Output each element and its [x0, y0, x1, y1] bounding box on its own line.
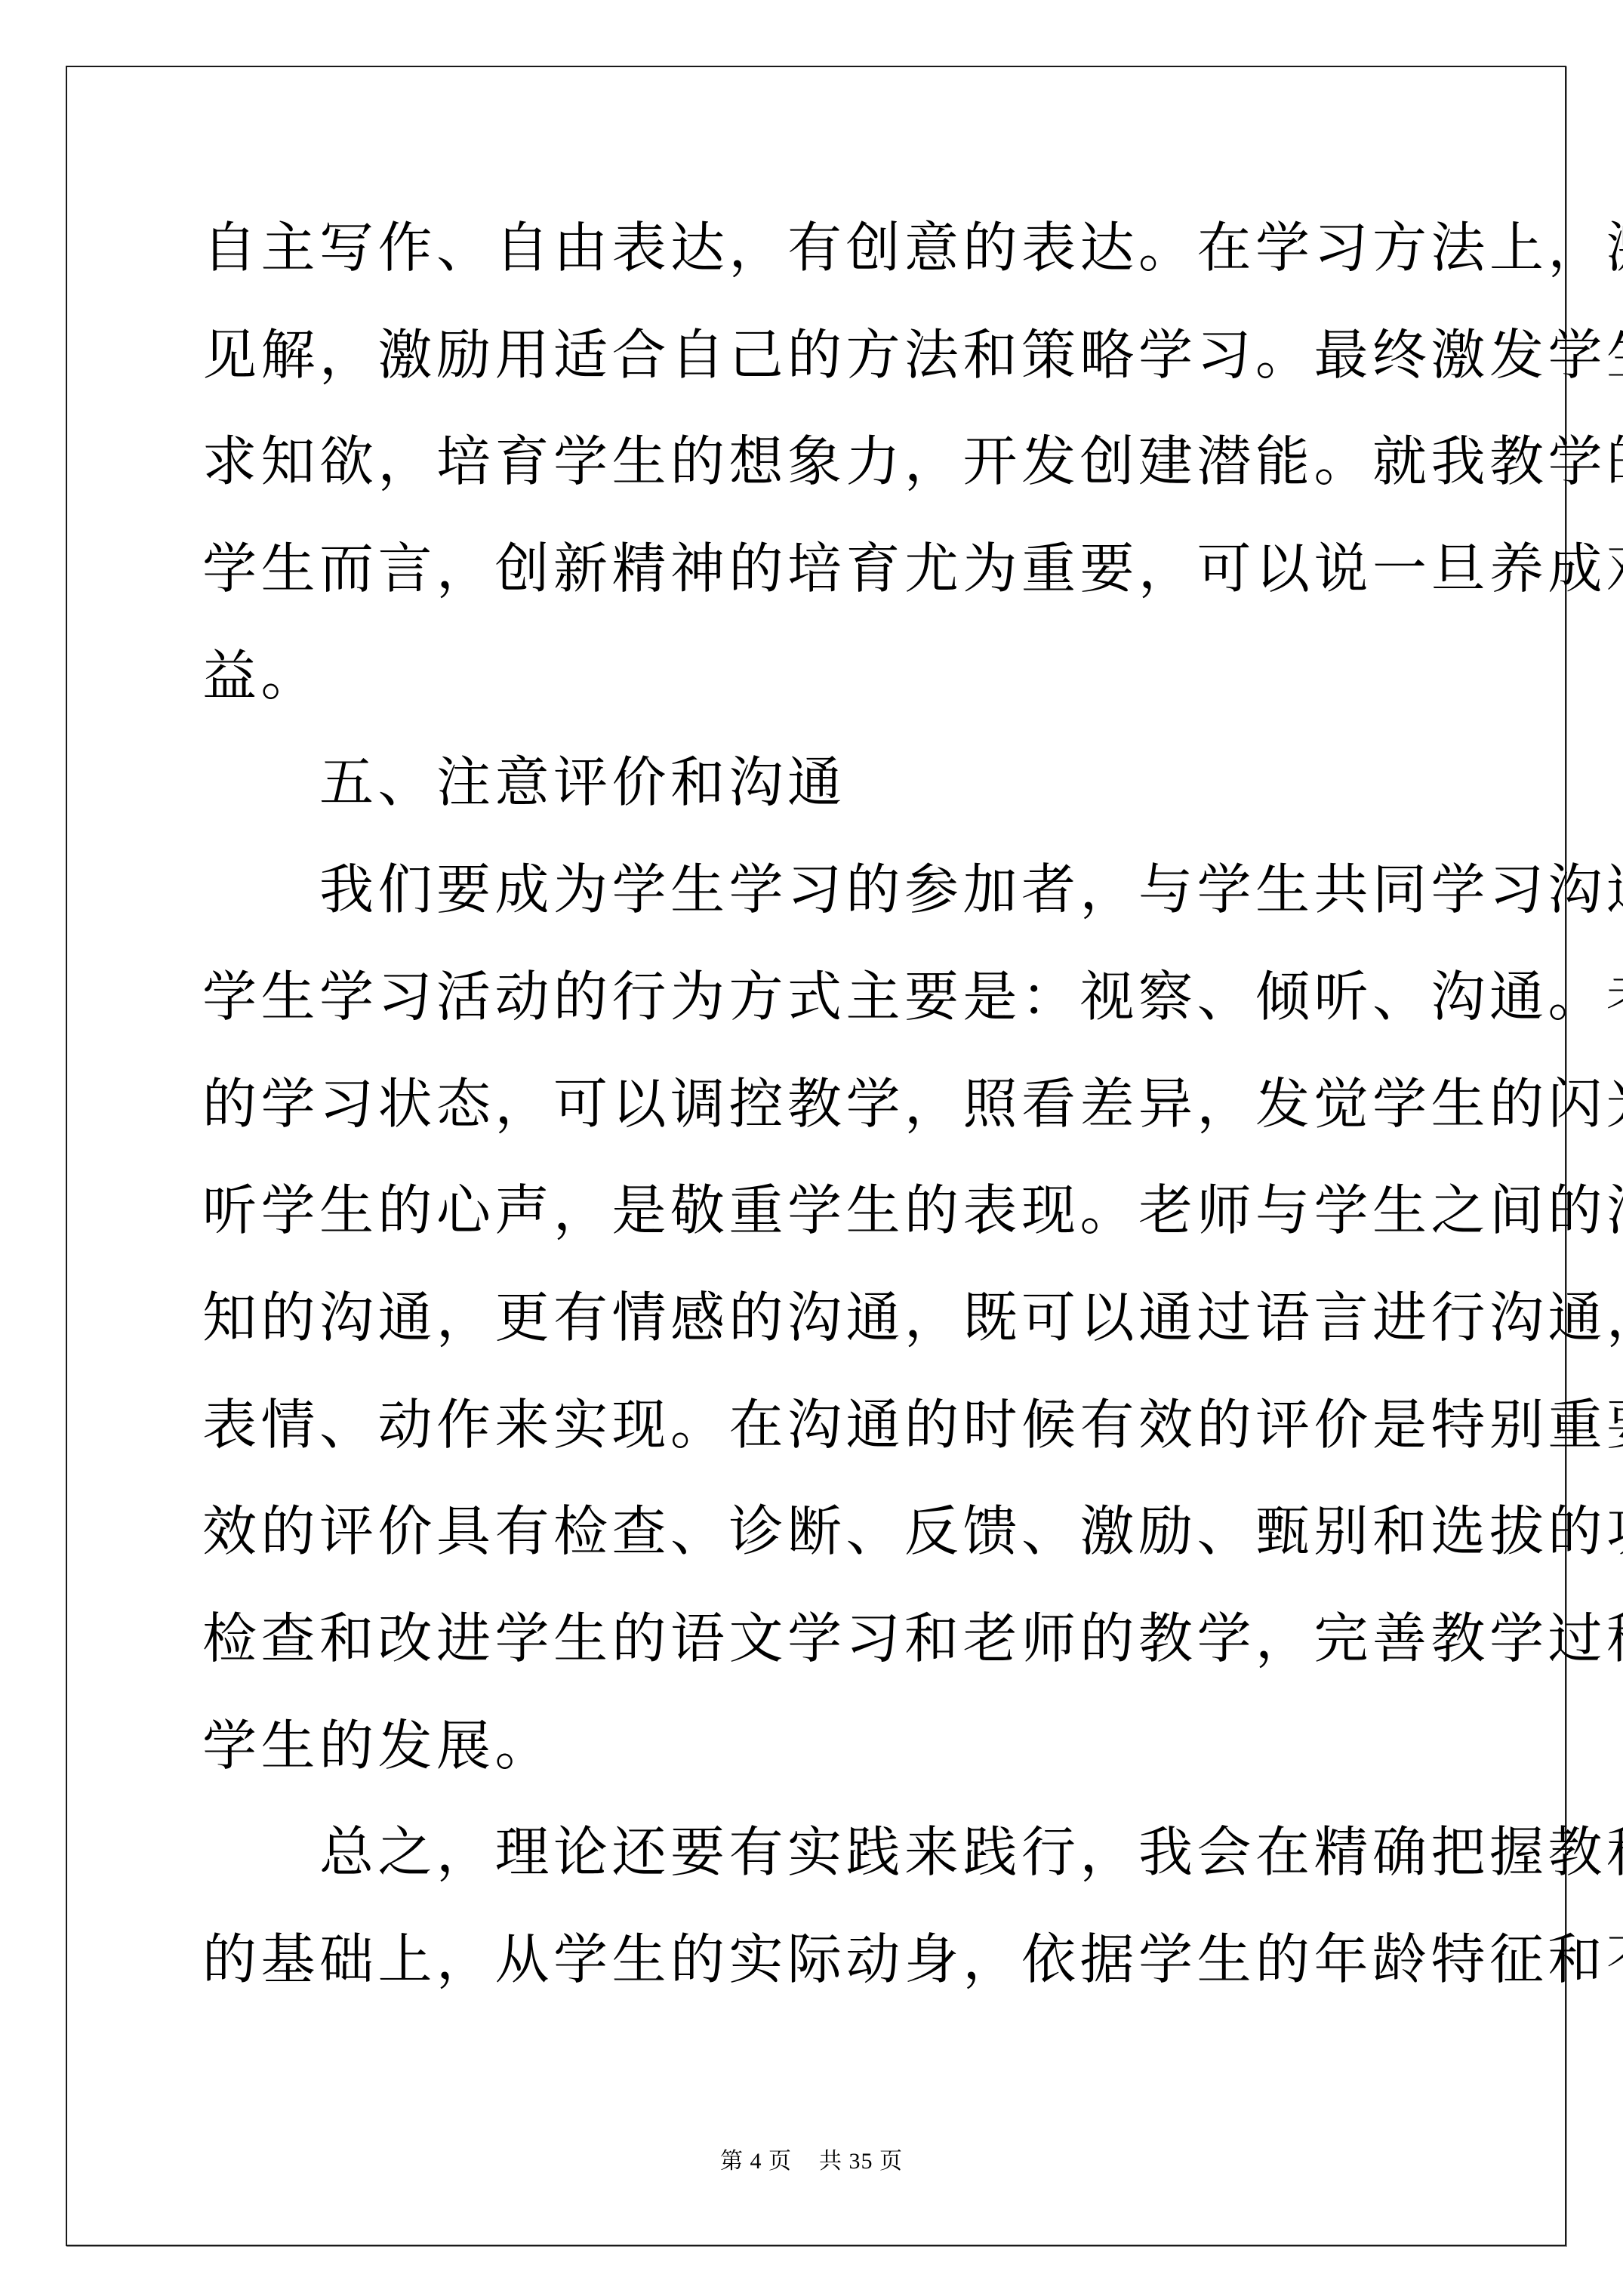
- text-line: 见解，激励用适合自己的方法和策略学习。最终激发学生的新奇心、: [202, 302, 1440, 409]
- text-line: 求知欲，培育学生的想象力，开发创建潜能。就我教学的第一学段的: [202, 408, 1440, 516]
- text-line: 益。: [202, 623, 1440, 730]
- text-line: 听学生的心声，是敬重学生的表现。老师与学生之间的沟通，既有认: [202, 1157, 1440, 1265]
- document-body: 自主写作、自由表达，有创意的表达。在学习方法上，激励有独到的 见解，激励用适合自…: [202, 195, 1440, 2014]
- text-line: 的基础上，从学生的实际动身，依据学生的年龄特征和不同教学内容，: [202, 1906, 1440, 2014]
- text-line: 知的沟通，更有情感的沟通，既可以通过语言进行沟通，也可以通过: [202, 1265, 1440, 1372]
- total-pages-label: 共 35 页: [819, 2149, 903, 2174]
- page-footer: 第 4 页共 35 页: [0, 2143, 1623, 2180]
- text-line: 学生学习活动的行为方式主要是：视察、倾听、沟通。老师视察学生: [202, 944, 1440, 1051]
- text-line: 我们要成为学生学习的参加者，与学生共同学习沟通。我们参加: [202, 837, 1440, 944]
- current-page-label: 第 4 页: [720, 2149, 792, 2174]
- text-line: 效的评价具有检查、诊断、反馈、激励、甄别和选拔的功能，是为了: [202, 1478, 1440, 1586]
- text-line: 检查和改进学生的语文学习和老师的教学，完善教学过程，最终促进: [202, 1586, 1440, 1693]
- text-line: 表情、动作来实现。在沟通的时候有效的评价是特别重要的，因为有: [202, 1372, 1440, 1479]
- section-heading: 五、注意评价和沟通: [202, 729, 1440, 837]
- text-line: 总之，理论还要有实践来践行，我会在精确把握教科书编辑思想: [202, 1799, 1440, 1906]
- text-line: 学生的发展。: [202, 1693, 1440, 1800]
- text-line: 学生而言，创新精神的培育尤为重要，可以说一旦养成对他们终生受: [202, 516, 1440, 623]
- text-line: 的学习状态，可以调控教学，照看差异，发觉学生的闪光点。老师倾: [202, 1051, 1440, 1158]
- text-line: 自主写作、自由表达，有创意的表达。在学习方法上，激励有独到的: [202, 195, 1440, 302]
